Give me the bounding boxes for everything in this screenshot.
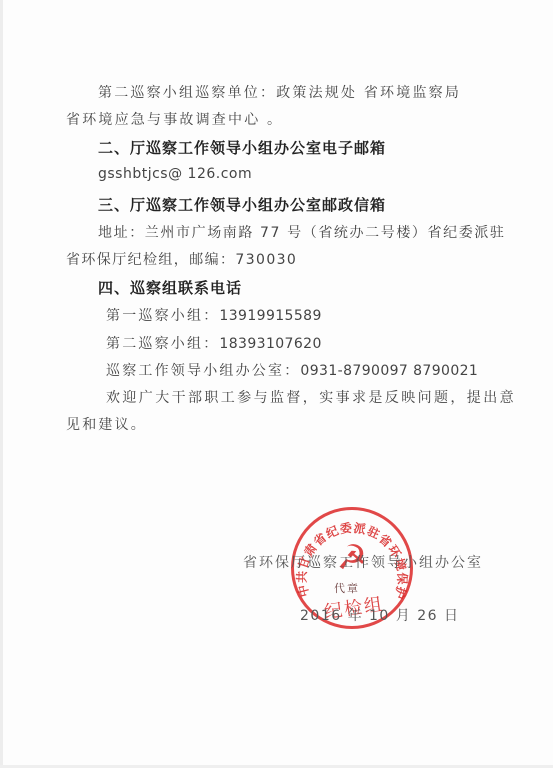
contact-label: 第一巡察小组： [106, 308, 219, 324]
contact-phone: 18393107620 [219, 336, 321, 352]
contact-label: 第二巡察小组： [106, 336, 219, 352]
contact-phone: 13919915589 [219, 308, 321, 324]
contact-row-office: 巡察工作领导小组办公室：0931-8790097 8790021 [106, 360, 478, 380]
contact-row-group2: 第二巡察小组：18393107620 [106, 333, 322, 353]
email-address: gsshbtjcs@ 126.com [98, 166, 252, 182]
document-page: 第二巡察小组巡察单位：政策法规处 省环境监察局 省环境应急与事故调查中心 。 二… [0, 0, 553, 768]
contact-label: 巡察工作领导小组办公室： [106, 363, 300, 379]
signature-date: 2016 年 10 月 26 日 [300, 605, 460, 625]
inspection-units-line-cont: 省环境应急与事故调查中心 。 [66, 109, 283, 129]
contact-phone: 0931-8790097 8790021 [300, 363, 478, 379]
section-heading-phones: 四、巡察组联系电话 [98, 277, 242, 298]
scan-edge [0, 0, 3, 768]
closing-paragraph: 欢迎广大干部职工参与监督，实事求是反映问题，提出意 [106, 387, 516, 407]
postal-address-cont: 省环保厅纪检组，邮编：730030 [66, 249, 297, 269]
inspection-units-line: 第二巡察小组巡察单位：政策法规处 省环境监察局 [98, 82, 461, 102]
closing-paragraph-cont: 见和建议。 [66, 414, 147, 434]
section-heading-postbox: 三、厅巡察工作领导小组办公室邮政信箱 [98, 194, 386, 215]
signature-organization: 省环保厅巡察工作领导小组办公室 [243, 552, 483, 572]
postal-address: 地址：兰州市广场南路 77 号（省统办二号楼）省纪委派驻 [98, 222, 506, 242]
section-heading-email: 二、厅巡察工作领导小组办公室电子邮箱 [98, 137, 386, 158]
contact-row-group1: 第一巡察小组：13919915589 [106, 305, 322, 325]
